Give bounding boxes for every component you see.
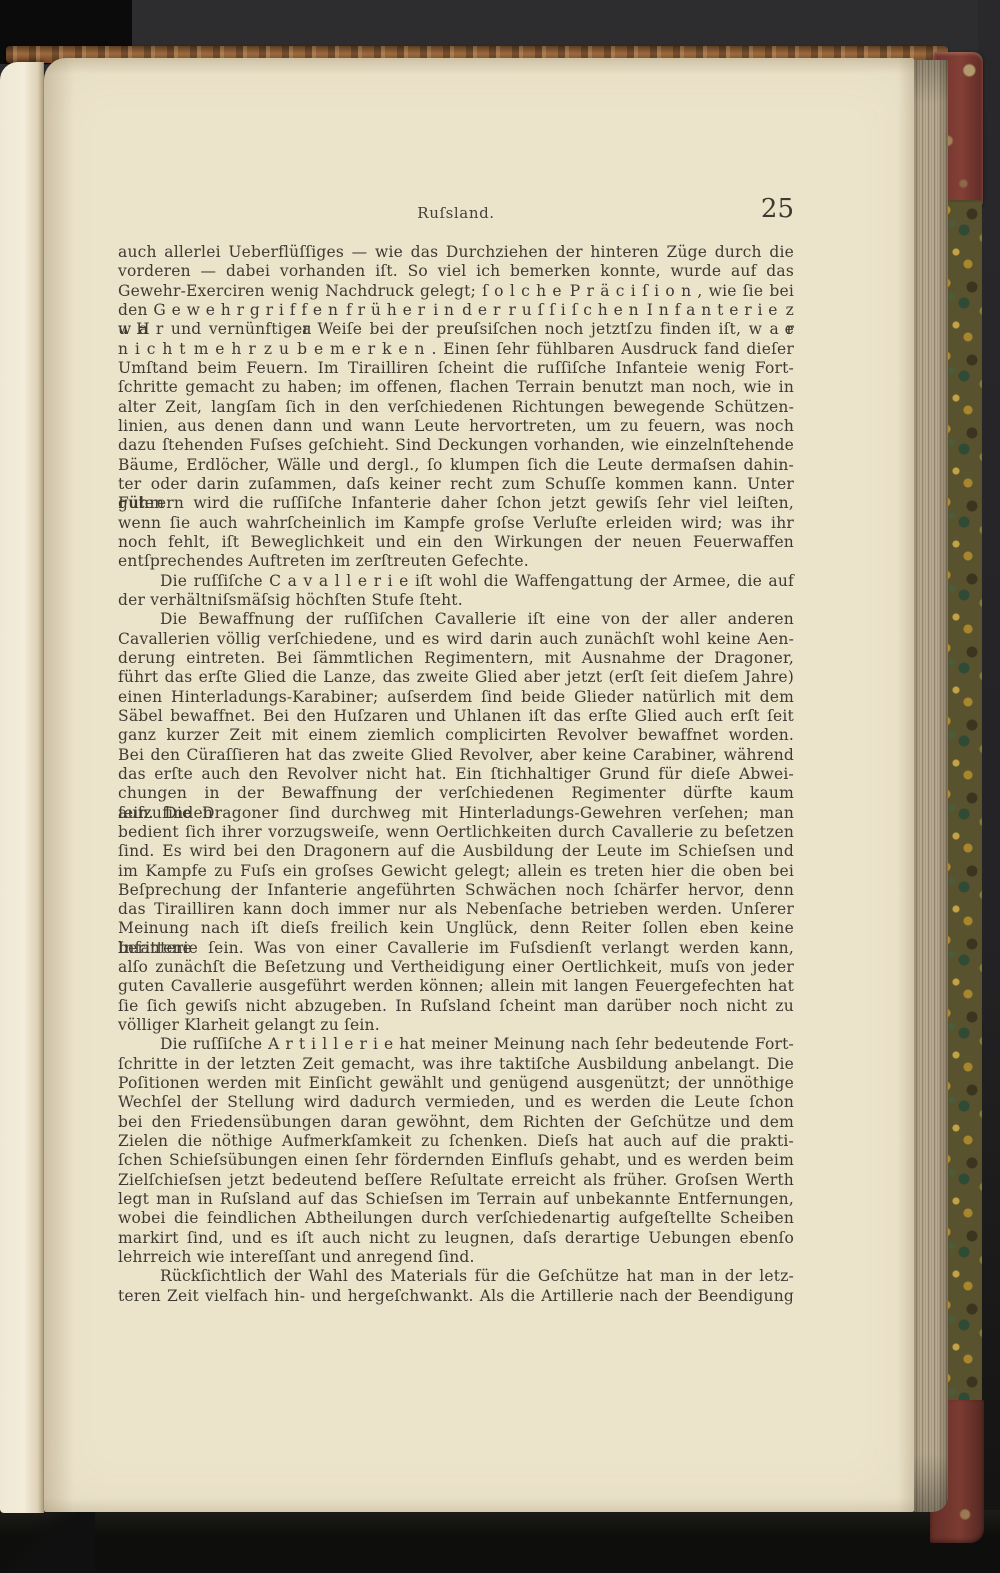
previous-page-curl <box>0 62 44 1513</box>
fore-edge-page-stack <box>912 60 948 1512</box>
text-line: Wechſel der Stellung wird dadurch vermie… <box>118 1093 794 1112</box>
book-scan-photo: Ruſsland. 25 auch allerlei Ueberflüſſige… <box>0 0 1000 1573</box>
text-line: vorderen — dabei vorhanden iſt. So viel … <box>118 262 794 281</box>
text-line: einen Hinterladungs-Karabiner; auſserdem… <box>118 688 794 707</box>
page-number: 25 <box>694 194 794 224</box>
text-line: n i c h t m e h r z u b e m e r k e n . … <box>118 340 794 359</box>
text-line: w a r und vernünftiger Weiſe bei der pre… <box>118 320 794 339</box>
text-line: Umſtand beim Feuern. Im Tirailliren ſche… <box>118 359 794 378</box>
text-line: Führern wird die ruſſiſche Infanterie da… <box>118 494 794 513</box>
body-text: auch allerlei Ueberflüſſiges — wie das D… <box>118 243 794 1306</box>
text-line: Säbel bewaffnet. Bei den Huſzaren und Uh… <box>118 707 794 726</box>
text-line: völliger Klarheit gelangt zu ſein. <box>118 1016 794 1035</box>
text-line: Die Bewaffnung der ruſſiſchen Cavallerie… <box>118 610 794 629</box>
backdrop-bottom-edge <box>0 1510 1000 1573</box>
text-line: das erſte auch den Revolver nicht hat. E… <box>118 765 794 784</box>
running-title: Ruſsland. <box>118 204 794 222</box>
text-line: chungen in der Bewaffnung der verſchiede… <box>118 784 794 803</box>
text-line: legt man in Ruſsland auf das Schieſsen i… <box>118 1190 794 1209</box>
text-line: Die ruſſiſche C a v a l l e r i e iſt wo… <box>118 572 794 591</box>
text-line: bei den Friedensübungen daran gewöhnt, d… <box>118 1113 794 1132</box>
text-line: ſein. Die Dragoner ſind durchweg mit Hin… <box>118 804 794 823</box>
text-line: linien, aus denen dann und wann Leute he… <box>118 417 794 436</box>
text-line: ſind. Es wird bei den Dragonern auf die … <box>118 842 794 861</box>
text-line: das Tirailliren kann doch immer nur als … <box>118 900 794 919</box>
text-line: Die ruſſiſche A r t i l l e r i e hat me… <box>118 1035 794 1054</box>
text-line: Bäume, Erdlöcher, Wälle und dergl., ſo k… <box>118 456 794 475</box>
text-line: im Kampfe zu Fuſs ein groſses Gewicht ge… <box>118 862 794 881</box>
text-line: Zielen die nöthige Aufmerkſamkeit zu ſch… <box>118 1132 794 1151</box>
text-line: den G e w e h r g r i f f e n f r ü h e … <box>118 301 794 320</box>
text-line: ganz kurzer Zeit mit einem ziemlich comp… <box>118 726 794 745</box>
text-line: ſchen Schieſsübungen einen ſehr fördernd… <box>118 1151 794 1170</box>
text-line: Zielſchieſsen jetzt bedeutend beſſere Re… <box>118 1171 794 1190</box>
text-line: ſchritte gemacht zu haben; im offenen, f… <box>118 378 794 397</box>
text-line: guten Cavallerie ausgeführt werden könne… <box>118 977 794 996</box>
text-line: Meinung nach iſt dieſs freilich kein Ung… <box>118 919 794 938</box>
text-line: wobei die feindlichen Abtheilungen durch… <box>118 1209 794 1228</box>
text-line: wenn ſie auch wahrſcheinlich im Kampfe g… <box>118 514 794 533</box>
text-line: Cavallerien völlig verſchiedene, und es … <box>118 630 794 649</box>
text-line: entſprechendes Auftreten im zerſtreuten … <box>118 552 794 571</box>
text-line: Poſitionen werden mit Einſicht gewählt u… <box>118 1074 794 1093</box>
text-line: auch allerlei Ueberflüſſiges — wie das D… <box>118 243 794 262</box>
text-line: Rückſichtlich der Wahl des Materials für… <box>118 1267 794 1286</box>
text-line: Gewehr-Exerciren wenig Nachdruck gelegt;… <box>118 282 794 301</box>
text-line: Beſprechung der Infanterie angeführten S… <box>118 881 794 900</box>
text-line: dazu ſtehenden Fuſses geſchieht. Sind De… <box>118 436 794 455</box>
text-line: ſchritte in der letzten Zeit gemacht, wa… <box>118 1055 794 1074</box>
text-line: alter Zeit, langſam ſich in den verſchie… <box>118 398 794 417</box>
text-line: alſo zunächſt die Beſetzung und Vertheid… <box>118 958 794 977</box>
text-line: markirt ſind, und es iſt auch nicht zu l… <box>118 1229 794 1248</box>
text-line: der verhältniſsmäſsig höchſten Stufe ſte… <box>118 591 794 610</box>
text-line: bedient ſich ihrer vorzugsweiſe, wenn Oe… <box>118 823 794 842</box>
text-line: führt das erſte Glied die Lanze, das zwe… <box>118 668 794 687</box>
text-line: lehrreich wie intereſſant und anregend ſ… <box>118 1248 794 1267</box>
text-line: noch fehlt, iſt Beweglichkeit und ein de… <box>118 533 794 552</box>
text-line: ſie ſich gewiſs nicht abzugeben. In Ruſs… <box>118 997 794 1016</box>
text-line: derung eintreten. Bei ſämmtlichen Regime… <box>118 649 794 668</box>
text-line: Bei den Cüraſſieren hat das zweite Glied… <box>118 746 794 765</box>
text-line: ter oder darin zuſammen, daſs keiner rec… <box>118 475 794 494</box>
text-line: teren Zeit vielfach hin- und hergeſchwan… <box>118 1287 794 1306</box>
text-line: Infanterie ſein. Was von einer Cavalleri… <box>118 939 794 958</box>
